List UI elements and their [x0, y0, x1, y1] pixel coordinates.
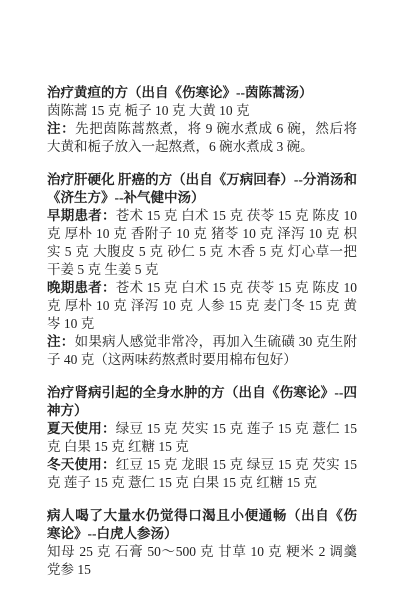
- document-page: 治疗黄疸的方（出自《伤寒论》--茵陈蒿汤） 茵陈蒿 15 克 栀子 10 克 大…: [47, 84, 357, 569]
- recipe-section-thirst: 病人喝了大量水仍觉得口渴且小便通畅（出自《伤寒论》--白虎人参汤） 知母 25 …: [47, 507, 357, 569]
- paragraph-label: 注：: [47, 334, 75, 349]
- recipe-early-stage-line: 早期患者：苍术 15 克 白术 15 克 茯苓 15 克 陈皮 10 克 厚朴 …: [47, 207, 357, 279]
- recipe-ingredients-line: 茵陈蒿 15 克 栀子 10 克 大黄 10 克: [47, 102, 357, 120]
- paragraph-label: 注：: [47, 121, 75, 136]
- recipe-section-cirrhosis: 治疗肝硬化 肝癌的方（出自《万病回春）--分消汤和《济生方》--补气健中汤） 早…: [47, 171, 357, 369]
- recipe-section-jaundice: 治疗黄疸的方（出自《伤寒论》--茵陈蒿汤） 茵陈蒿 15 克 栀子 10 克 大…: [47, 84, 357, 156]
- recipe-ingredients-line: 知母 25 克 石膏 50～500 克 甘草 10 克 粳米 2 调羹 党参 1…: [47, 543, 357, 569]
- paragraph-label: 早期患者：: [47, 208, 116, 223]
- paragraph-text: 知母 25 克 石膏 50～500 克 甘草 10 克 粳米 2 调羹 党参 1…: [47, 544, 357, 569]
- paragraph-label: 夏天使用：: [47, 421, 116, 436]
- recipe-note-line: 注：如果病人感觉非常冷，再加入生硫磺 30 克生附子 40 克（这两味药熬煮时要…: [47, 333, 357, 369]
- paragraph-label: 晚期患者：: [47, 280, 116, 295]
- section-title: 治疗黄疸的方（出自《伤寒论》--茵陈蒿汤）: [47, 84, 357, 102]
- section-title: 病人喝了大量水仍觉得口渴且小便通畅（出自《伤寒论》--白虎人参汤）: [47, 507, 357, 543]
- section-title: 治疗肾病引起的全身水肿的方（出自《伤寒论》--四神方）: [47, 384, 357, 420]
- recipe-note-line: 注：先把茵陈蒿熬煮，将 9 碗水煮成 6 碗，然后将大黄和栀子放入一起熬煮，6 …: [47, 120, 357, 156]
- paragraph-label: 冬天使用：: [47, 457, 116, 472]
- paragraph-text: 先把茵陈蒿熬煮，将 9 碗水煮成 6 碗，然后将大黄和栀子放入一起熬煮，6 碗水…: [47, 121, 357, 154]
- recipe-late-stage-line: 晚期患者：苍术 15 克 白术 15 克 茯苓 15 克 陈皮 10 克 厚朴 …: [47, 279, 357, 333]
- paragraph-text: 如果病人感觉非常冷，再加入生硫磺 30 克生附子 40 克（这两味药熬煮时要用棉…: [47, 334, 357, 367]
- recipe-winter-line: 冬天使用：红豆 15 克 龙眼 15 克 绿豆 15 克 芡实 15 克 莲子 …: [47, 456, 357, 492]
- recipe-summer-line: 夏天使用：绿豆 15 克 芡实 15 克 莲子 15 克 薏仁 15 克 白果 …: [47, 420, 357, 456]
- section-title: 治疗肝硬化 肝癌的方（出自《万病回春）--分消汤和《济生方》--补气健中汤）: [47, 171, 357, 207]
- paragraph-text: 茵陈蒿 15 克 栀子 10 克 大黄 10 克: [47, 103, 250, 118]
- recipe-section-edema: 治疗肾病引起的全身水肿的方（出自《伤寒论》--四神方） 夏天使用：绿豆 15 克…: [47, 384, 357, 492]
